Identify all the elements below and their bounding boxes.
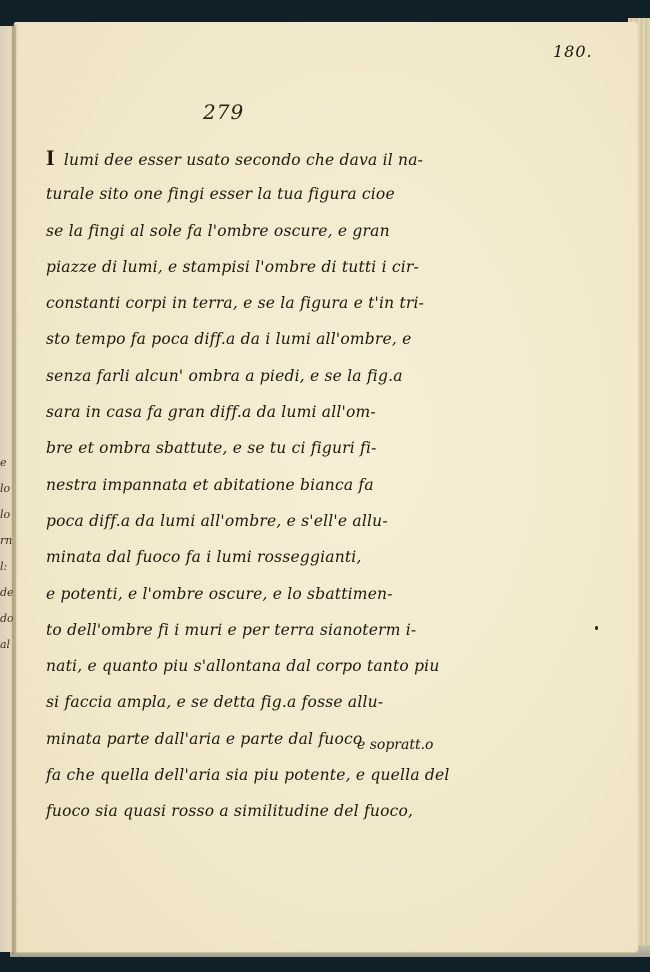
text-line: nati, e quanto piu s'allontana dal corpo… (46, 648, 466, 684)
text-line: senza farli alcun' ombra a piedi, e se l… (46, 358, 466, 394)
text-line: fa che quella dell'aria sia piu potente,… (46, 757, 466, 793)
text-line: fuoco sia quasi rosso a similitudine del… (46, 793, 466, 829)
ink-speck (595, 626, 598, 630)
gutter-shadow (12, 24, 18, 954)
text-line: e potenti, e l'ombre oscure, e lo sbatti… (46, 576, 466, 612)
text-line: sto tempo fa poca diff.a da i lumi all'o… (46, 321, 466, 357)
catchword: e sopratt.o (357, 737, 433, 753)
initial-letter: I (46, 145, 55, 170)
manuscript-text: I lumi dee esser usato secondo che dava … (46, 140, 466, 830)
text-line: nestra impannata et abitatione bianca fa (46, 467, 466, 503)
text-line: bre et ombra sbattute, e se tu ci figuri… (46, 430, 466, 466)
text-line: si faccia ampla, e se detta fig.a fosse … (46, 684, 466, 720)
text-line: minata dal fuoco fa i lumi rosseggianti, (46, 539, 466, 575)
text-line: I lumi dee esser usato secondo che dava … (46, 140, 466, 176)
text-line: se la fingi al sole fa l'ombre oscure, e… (46, 213, 466, 249)
text-line: turale sito one fingi esser la tua figur… (46, 176, 466, 212)
line-text: lumi dee esser usato secondo che dava il… (59, 151, 423, 169)
chapter-number: 279 (203, 100, 244, 124)
folio-number: 180. (553, 42, 593, 61)
text-line: constanti corpi in terra, e se la figura… (46, 285, 466, 321)
text-line: to dell'ombre fi i muri e per terra sian… (46, 612, 466, 648)
text-line: poca diff.a da lumi all'ombre, e s'ell'e… (46, 503, 466, 539)
text-line: sara in casa fa gran diff.a da lumi all'… (46, 394, 466, 430)
text-line: piazze di lumi, e stampisi l'ombre di tu… (46, 249, 466, 285)
